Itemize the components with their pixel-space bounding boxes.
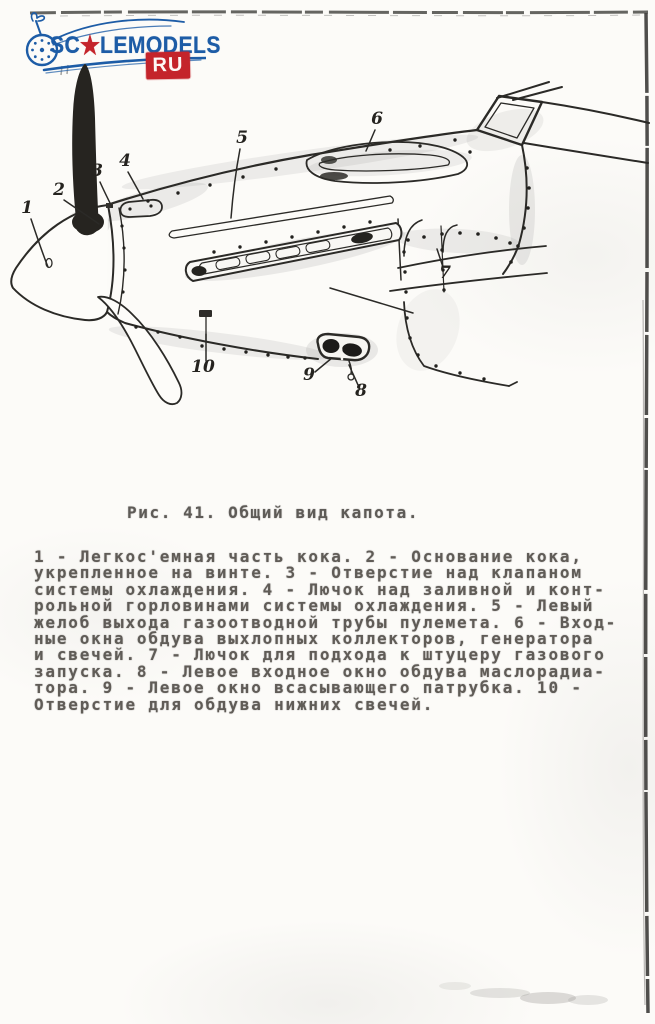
propeller-blade-lower — [98, 297, 181, 404]
belly-intake — [317, 334, 369, 380]
figure-description: 1 - Легкос'емная часть кока. 2 - Основан… — [34, 549, 634, 713]
callout-4: 4 — [119, 151, 131, 171]
callout-10: 10 — [191, 357, 215, 377]
callout-5: 5 — [236, 128, 248, 148]
callout-9: 9 — [303, 365, 315, 385]
callout-3: 3 — [91, 161, 103, 181]
callout-1: 1 — [21, 198, 33, 218]
callout-7: 7 — [439, 263, 451, 283]
figure-caption: Рис. 41. Общий вид капота. — [127, 503, 419, 522]
callout-8: 8 — [354, 381, 367, 401]
description-line: Отверстие для обдува нижних свечей. — [34, 697, 634, 713]
callout-2: 2 — [52, 180, 65, 200]
callout-6: 6 — [371, 109, 383, 129]
scanned-page: SC★LEMODELS RU — [0, 0, 655, 1024]
